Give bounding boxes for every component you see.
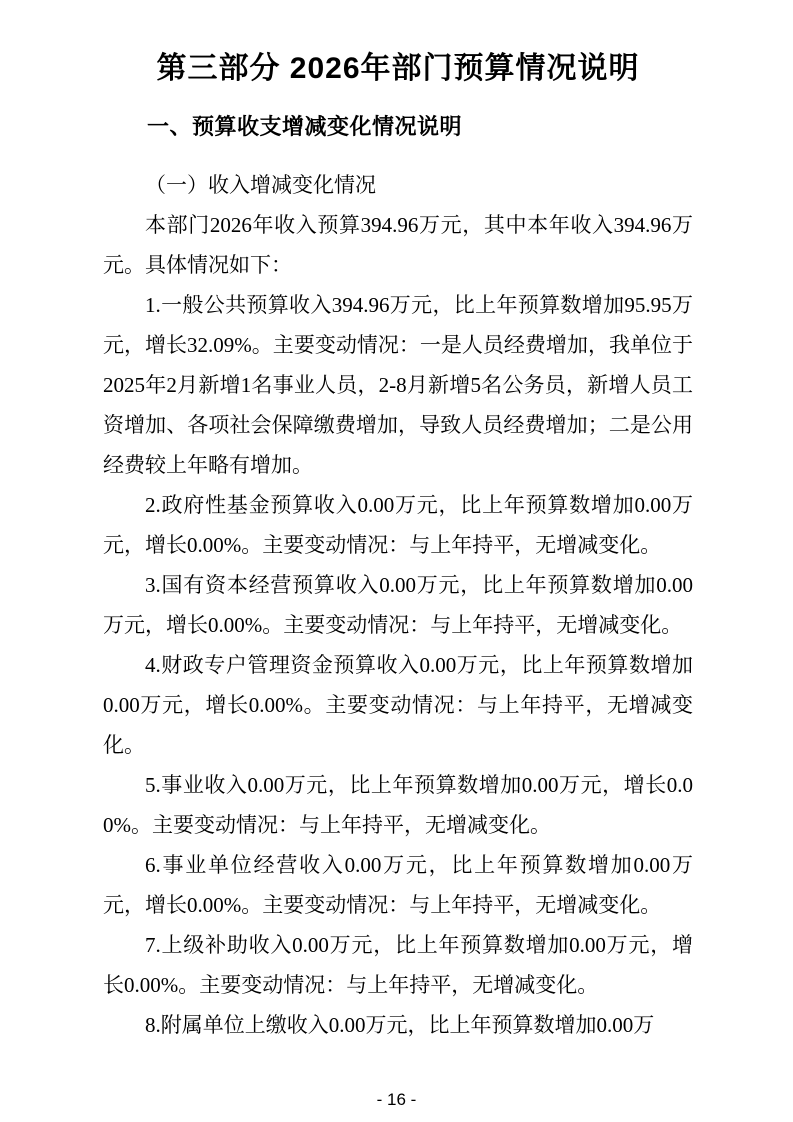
- paragraph-item-3-state-capital: 3.国有资本经营预算收入0.00万元，比上年预算数增加0.00万元，增长0.00…: [103, 565, 693, 645]
- paragraph-item-5-institution-income: 5.事业收入0.00万元，比上年预算数增加0.00万元，增长0.00%。主要变动…: [103, 765, 693, 845]
- paragraph-income-summary: 本部门2026年收入预算394.96万元，其中本年收入394.96万元。具体情况…: [103, 205, 693, 285]
- paragraph-item-4-fiscal-special-account: 4.财政专户管理资金预算收入0.00万元，比上年预算数增加0.00万元，增长0.…: [103, 645, 693, 765]
- section-heading: 一、预算收支增减变化情况说明: [103, 107, 693, 147]
- page-number: - 16 -: [377, 1090, 417, 1109]
- paragraph-item-1-general-public-budget: 1.一般公共预算收入394.96万元，比上年预算数增加95.95万元，增长32.…: [103, 285, 693, 485]
- subsection-heading: （一）收入增减变化情况: [103, 165, 693, 205]
- paragraph-item-6-institution-operating-income: 6.事业单位经营收入0.00万元，比上年预算数增加0.00万元，增长0.00%。…: [103, 845, 693, 925]
- document-page: 第三部分 2026年部门预算情况说明 一、预算收支增减变化情况说明 （一）收入增…: [0, 0, 793, 1122]
- page-footer: - 16 -: [0, 1090, 793, 1110]
- paragraph-item-2-government-fund: 2.政府性基金预算收入0.00万元，比上年预算数增加0.00万元，增长0.00%…: [103, 485, 693, 565]
- paragraph-item-7-superior-subsidy-income: 7.上级补助收入0.00万元，比上年预算数增加0.00万元，增长0.00%。主要…: [103, 925, 693, 1005]
- paragraph-item-8-subordinate-unit-remittance: 8.附属单位上缴收入0.00万元，比上年预算数增加0.00万: [103, 1005, 693, 1045]
- document-title: 第三部分 2026年部门预算情况说明: [103, 46, 693, 92]
